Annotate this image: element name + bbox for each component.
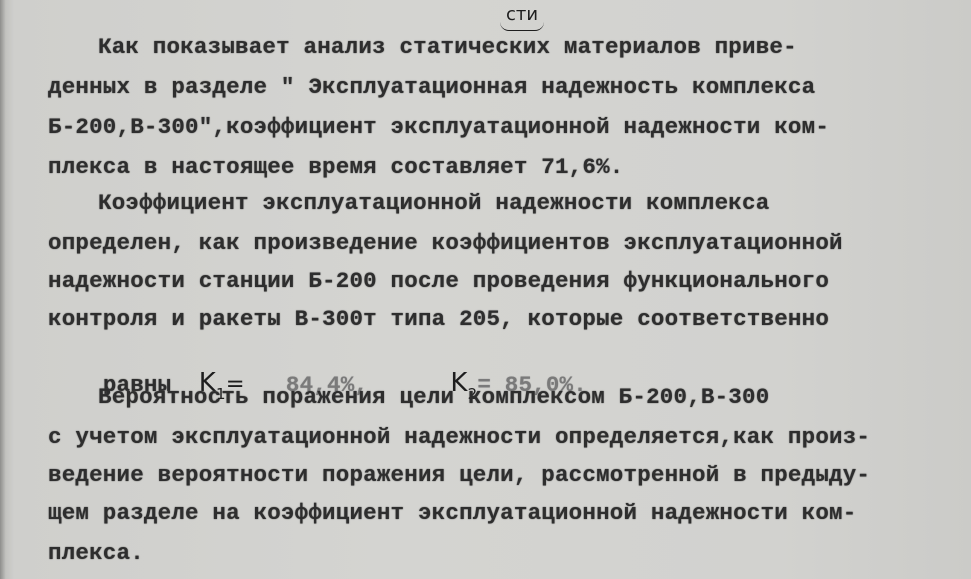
text-line: плекса в настоящее время составляет 71,6… <box>48 154 624 180</box>
text-line: щем разделе на коэффициент эксплуатацион… <box>48 500 856 526</box>
text-line: надежности станции Б-200 после проведени… <box>48 268 829 294</box>
text-line: с учетом эксплуатационной надежности опр… <box>48 424 870 450</box>
scanned-page: сти Как показывает анализ статических ма… <box>0 0 971 579</box>
text-line: Вероятность поражения цели комплексом Б-… <box>98 384 769 410</box>
text-line: денных в разделе " Эксплуатационная наде… <box>48 74 815 100</box>
text-line: Коэффициент эксплуатационной надежности … <box>98 190 769 216</box>
text-line: Б-200,В-300",коэффициент эксплуатационно… <box>48 114 829 140</box>
page-edge-shadow <box>0 0 6 579</box>
text-line: ведение вероятности поражения цели, расс… <box>48 462 870 488</box>
text-line: Как показывает анализ статических матери… <box>98 34 797 60</box>
text-line: плекса. <box>48 540 144 566</box>
insertion-caret <box>500 22 544 31</box>
text-line: определен, как произведение коэффициенто… <box>48 230 843 256</box>
text-line: контроля и ракеты В-300т типа 205, котор… <box>48 306 829 332</box>
